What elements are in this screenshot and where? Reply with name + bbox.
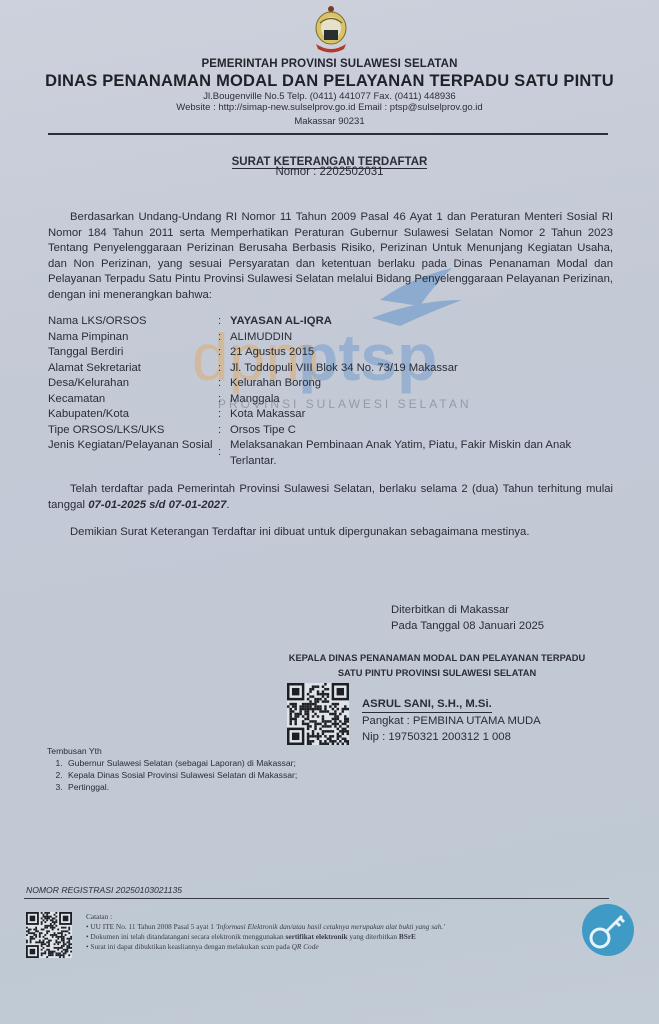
document-number: Nomor : 2202502031 (0, 166, 659, 178)
secretariat-address: Jl. Toddopuli VIII Blok 34 No. 73/19 Mak… (230, 361, 618, 377)
government-name: PEMERINTAH PROVINSI SULAWESI SELATAN (0, 58, 659, 70)
organization-type: Orsos Tipe C (230, 423, 618, 439)
field-row: Kecamatan : Manggala (48, 392, 618, 408)
list-item: Kepala Dinas Sosial Provinsi Sulawesi Se… (65, 769, 297, 781)
verification-qr-code-icon[interactable] (26, 912, 72, 958)
signatory-rank: Pangkat : PEMBINA UTAMA MUDA (362, 713, 541, 729)
field-label: Tanggal Berdiri (48, 345, 218, 361)
founding-date: 21 Agustus 2015 (230, 345, 618, 361)
certificate-page: dpm ptsp PROVINSI SULAWESI SELATAN PEMER… (0, 0, 659, 1024)
agency-address: Jl.Bougenville No.5 Telp. (0411) 441077 … (0, 91, 659, 102)
field-row: Kabupaten/Kota : Kota Makassar (48, 407, 618, 423)
field-label: Nama LKS/ORSOS (48, 314, 218, 330)
bsre-key-seal-icon (582, 904, 634, 956)
footer-divider (24, 898, 609, 899)
village: Kelurahan Borong (230, 376, 618, 392)
field-label: Kabupaten/Kota (48, 407, 218, 423)
list-item: Pertinggal. (65, 781, 297, 793)
registration-number: NOMOR REGISTRASI 20250103021135 (26, 885, 182, 895)
social-activity: Melaksanakan Pembinaan Anak Yatim, Piatu… (230, 438, 618, 469)
note-e-signature: Dokumen ini telah ditandatangani secara … (86, 932, 445, 942)
agency-contact: Website : http://simap-new.sulselprov.go… (0, 102, 659, 113)
field-label: Jenis Kegiatan/Pelayanan Sosial (48, 438, 218, 469)
field-row: Desa/Kelurahan : Kelurahan Borong (48, 376, 618, 392)
signatory-nip: Nip : 19750321 200312 1 008 (362, 729, 541, 745)
validity-period: 07-01-2025 s/d 07-01-2027 (88, 499, 226, 511)
field-label: Nama Pimpinan (48, 330, 218, 346)
field-row: Jenis Kegiatan/Pelayanan Sosial : Melaks… (48, 438, 618, 469)
provincial-emblem-icon (310, 4, 352, 54)
signature-qr-code-icon[interactable] (287, 683, 349, 745)
field-row: Tipe ORSOS/LKS/UKS : Orsos Tipe C (48, 423, 618, 439)
cc-list: Gubernur Sulawesi Selatan (sebagai Lapor… (65, 757, 297, 793)
closing-statement: Demikian Surat Keterangan Terdaftar ini … (70, 526, 529, 538)
registration-details: Nama LKS/ORSOS : YAYASAN AL-IQRA Nama Pi… (48, 314, 618, 469)
opening-paragraph: Berdasarkan Undang-Undang RI Nomor 11 Ta… (48, 210, 613, 303)
validity-paragraph: Telah terdaftar pada Pemerintah Provinsi… (48, 481, 613, 513)
agency-city: Makassar 90231 (0, 116, 659, 127)
field-row: Alamat Sekretariat : Jl. Toddopuli VIII … (48, 361, 618, 377)
agency-name: DINAS PENANAMAN MODAL DAN PELAYANAN TERP… (0, 72, 659, 91)
leader-name: ALIMUDDIN (230, 330, 618, 346)
list-item: Gubernur Sulawesi Selatan (sebagai Lapor… (65, 757, 297, 769)
signatory-block: ASRUL SANI, S.H., M.Si. Pangkat : PEMBIN… (362, 696, 541, 745)
issue-place: Diterbitkan di Makassar (391, 603, 544, 619)
field-label: Kecamatan (48, 392, 218, 408)
notes-heading: Catatan : (86, 912, 445, 922)
note-qr-verify: Surat ini dapat dibuktikan keasliannya d… (86, 942, 445, 952)
footer-notes: Catatan : UU ITE No. 11 Tahun 2008 Pasal… (86, 912, 445, 952)
issuance-info: Diterbitkan di Makassar Pada Tanggal 08 … (391, 603, 544, 634)
field-label: Desa/Kelurahan (48, 376, 218, 392)
organization-name: YAYASAN AL-IQRA (230, 314, 618, 330)
field-row: Tanggal Berdiri : 21 Agustus 2015 (48, 345, 618, 361)
field-label: Alamat Sekretariat (48, 361, 218, 377)
note-ite-law: UU ITE No. 11 Tahun 2008 Pasal 5 ayat 1 … (86, 922, 445, 932)
city: Kota Makassar (230, 407, 618, 423)
district: Manggala (230, 392, 618, 408)
letterhead-divider (48, 133, 608, 135)
issue-date: Pada Tanggal 08 Januari 2025 (391, 619, 544, 635)
carbon-copy: Tembusan Yth Gubernur Sulawesi Selatan (… (47, 745, 297, 793)
field-row: Nama LKS/ORSOS : YAYASAN AL-IQRA (48, 314, 618, 330)
signatory-name: ASRUL SANI, S.H., M.Si. (362, 696, 492, 713)
signatory-title: KEPALA DINAS PENANAMAN MODAL DAN PELAYAN… (262, 651, 612, 681)
field-label: Tipe ORSOS/LKS/UKS (48, 423, 218, 439)
cc-heading: Tembusan Yth (47, 745, 297, 757)
field-row: Nama Pimpinan : ALIMUDDIN (48, 330, 618, 346)
